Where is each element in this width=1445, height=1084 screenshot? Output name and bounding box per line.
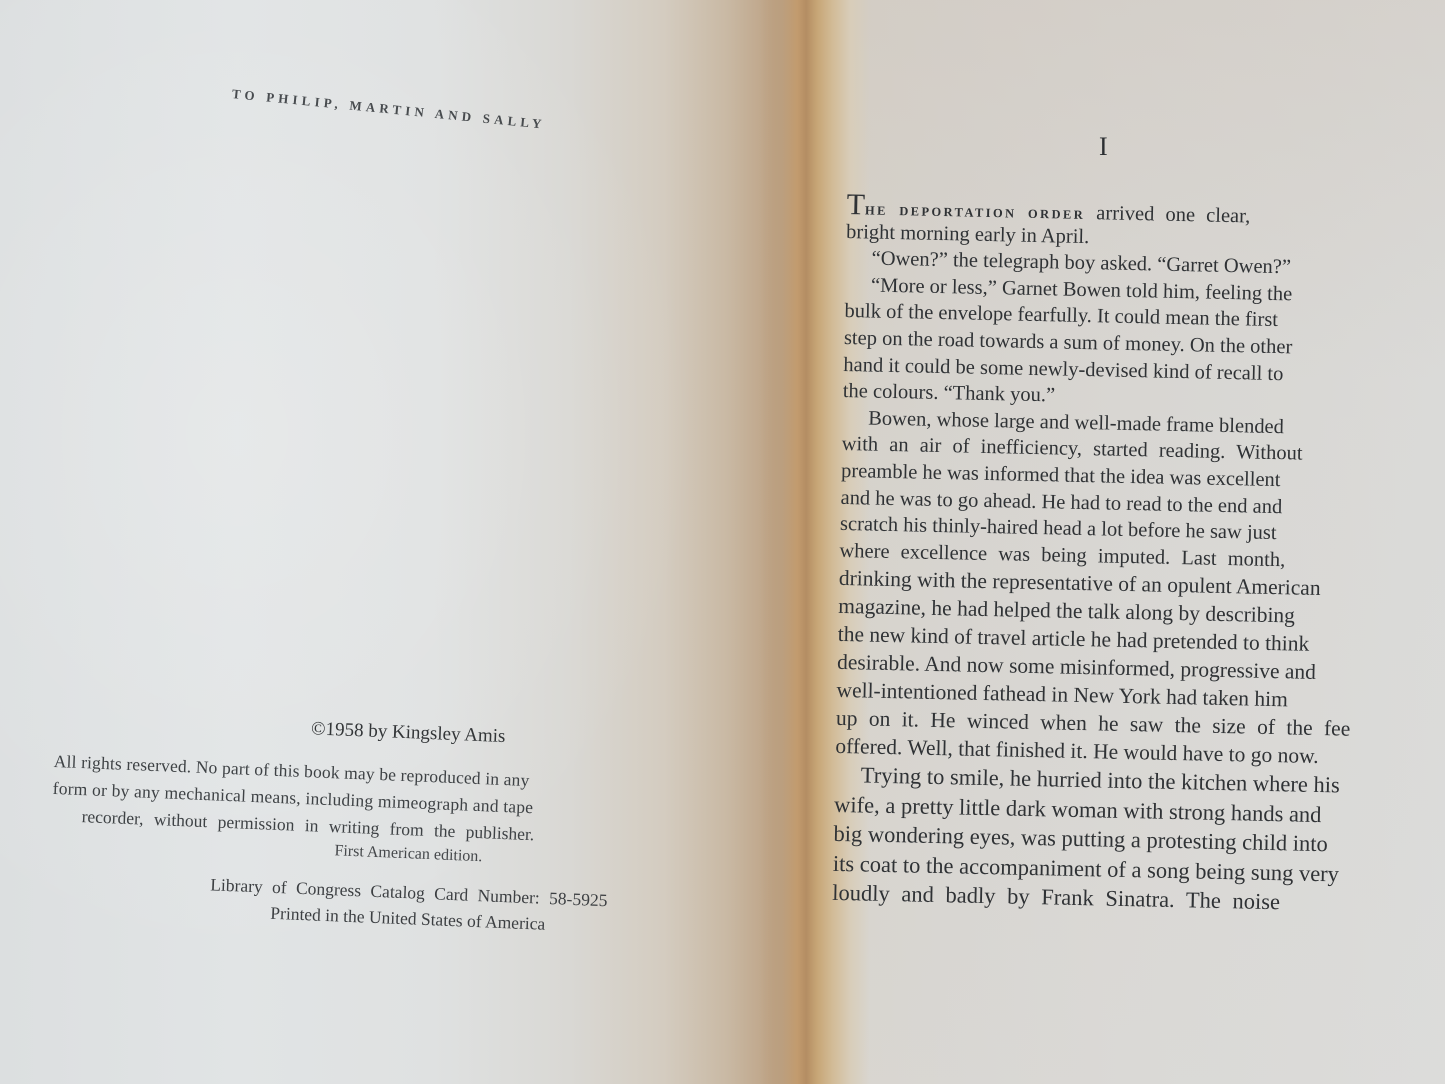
opening-rest: arrived one clear,	[1085, 202, 1251, 227]
copyright-block: ©1958 by Kingsley Amis All rights reserv…	[48, 708, 736, 944]
open-book-spread: TO PHILIP, MARTIN AND SALLY ©1958 by Kin…	[0, 0, 1445, 1084]
chapter-body: The deportation order arrived one clear,…	[832, 192, 1445, 921]
drop-cap: T	[846, 188, 865, 221]
chapter-number: I	[1099, 132, 1108, 162]
